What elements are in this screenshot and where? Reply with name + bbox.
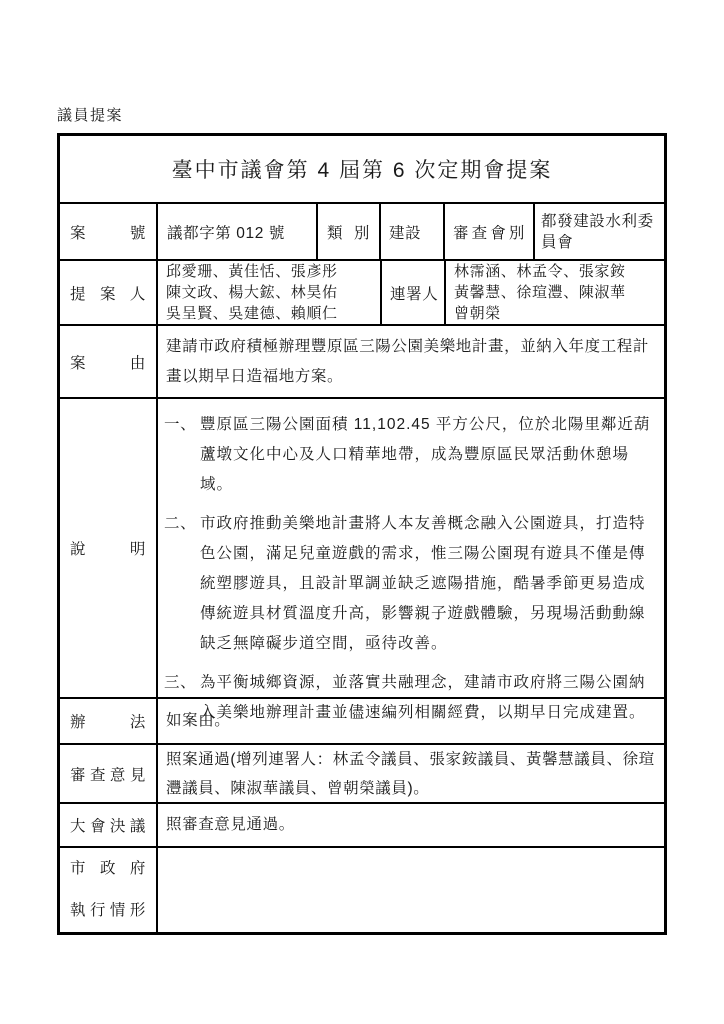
case-number-label: 案號 bbox=[70, 221, 146, 243]
execution-row: 市政府 執行情形 bbox=[60, 846, 664, 932]
document-page: 議員提案 臺中市議會第 4 屆第 6 次定期會提案 案號 議都字第 012 號 … bbox=[0, 0, 724, 1024]
explanation-item-text: 豐原區三陽公園面積 11,102.45 平方公尺，位於北陽里鄰近葫蘆墩文化中心及… bbox=[200, 410, 660, 500]
cosigner-name-line: 曾朝榮 bbox=[454, 303, 626, 324]
cosigner-names: 林霈涵、林孟令、張家銨 黃馨慧、徐瑄灃、陳淑華 曾朝榮 bbox=[444, 261, 664, 324]
title-row: 臺中市議會第 4 屆第 6 次定期會提案 bbox=[60, 136, 664, 202]
doc-type-label: 議員提案 bbox=[57, 104, 123, 125]
case-number-value: 議都字第 012 號 bbox=[156, 204, 316, 259]
review-label: 審查意見 bbox=[70, 763, 146, 785]
proposer-row: 提案人 邱愛珊、黃佳恬、張彥彤 陳文政、楊大鋐、林昊佑 吳呈賢、吳建德、賴順仁 … bbox=[60, 259, 664, 324]
method-text: 如案由。 bbox=[156, 699, 664, 743]
subject-text: 建請市政府積極辦理豐原區三陽公園美樂地計畫，並納入年度工程計畫以期早日造福地方案… bbox=[156, 326, 664, 397]
execution-label-line2: 執行情形 bbox=[70, 890, 146, 932]
explanation-content: 一、 豐原區三陽公園面積 11,102.45 平方公尺，位於北陽里鄰近葫蘆墩文化… bbox=[156, 399, 664, 697]
resolution-text: 照審查意見通過。 bbox=[156, 804, 664, 846]
proposer-names: 邱愛珊、黃佳恬、張彥彤 陳文政、楊大鋐、林昊佑 吳呈賢、吳建德、賴順仁 bbox=[156, 261, 380, 324]
explanation-item: 二、 市政府推動美樂地計畫將人本友善概念融入公園遊具，打造特色公園，滿足兒童遊戲… bbox=[164, 509, 660, 659]
cosigner-name-line: 林霈涵、林孟令、張家銨 bbox=[454, 261, 626, 282]
resolution-label: 大會決議 bbox=[70, 814, 146, 836]
proposal-table: 臺中市議會第 4 屆第 6 次定期會提案 案號 議都字第 012 號 類別 建設… bbox=[57, 133, 667, 935]
proposer-name-lines: 邱愛珊、黃佳恬、張彥彤 陳文政、楊大鋐、林昊佑 吳呈賢、吳建德、賴順仁 bbox=[166, 261, 338, 324]
explanation-label: 說明 bbox=[70, 537, 146, 559]
explanation-item-number: 二、 bbox=[164, 509, 200, 659]
resolution-row: 大會決議 照審查意見通過。 bbox=[60, 802, 664, 846]
review-text: 照案通過(增列連署人：林孟令議員、張家銨議員、黃馨慧議員、徐瑄灃議員、陳淑華議員… bbox=[156, 745, 664, 802]
method-label-cell: 辦法 bbox=[60, 699, 156, 743]
explanation-label-cell: 說明 bbox=[60, 399, 156, 697]
execution-value-cell bbox=[156, 848, 664, 932]
case-number-row: 案號 議都字第 012 號 類別 建設 審查會別 都發建設水利委員會 bbox=[60, 202, 664, 259]
table-title: 臺中市議會第 4 屆第 6 次定期會提案 bbox=[172, 154, 553, 184]
committee-label-cell: 審查會別 bbox=[443, 204, 533, 259]
subject-row: 案由 建請市政府積極辦理豐原區三陽公園美樂地計畫，並納入年度工程計畫以期早日造福… bbox=[60, 324, 664, 397]
explanation-row: 說明 一、 豐原區三陽公園面積 11,102.45 平方公尺，位於北陽里鄰近葫蘆… bbox=[60, 397, 664, 697]
subject-label-cell: 案由 bbox=[60, 326, 156, 397]
execution-label-line1: 市政府 bbox=[70, 848, 146, 890]
proposer-name-line: 吳呈賢、吳建德、賴順仁 bbox=[166, 303, 338, 324]
resolution-label-cell: 大會決議 bbox=[60, 804, 156, 846]
cosigner-label: 連署人 bbox=[380, 261, 444, 324]
subject-label: 案由 bbox=[70, 351, 146, 373]
method-row: 辦法 如案由。 bbox=[60, 697, 664, 743]
category-label: 類別 bbox=[327, 221, 370, 243]
review-row: 審查意見 照案通過(增列連署人：林孟令議員、張家銨議員、黃馨慧議員、徐瑄灃議員、… bbox=[60, 743, 664, 802]
category-value: 建設 bbox=[379, 204, 443, 259]
proposer-label: 提案人 bbox=[70, 282, 146, 304]
proposer-name-line: 陳文政、楊大鋐、林昊佑 bbox=[166, 282, 338, 303]
cosigner-name-line: 黃馨慧、徐瑄灃、陳淑華 bbox=[454, 282, 626, 303]
execution-label-cell: 市政府 執行情形 bbox=[60, 848, 156, 932]
committee-label: 審查會別 bbox=[453, 221, 525, 243]
method-label: 辦法 bbox=[70, 710, 146, 732]
explanation-item: 一、 豐原區三陽公園面積 11,102.45 平方公尺，位於北陽里鄰近葫蘆墩文化… bbox=[164, 410, 660, 500]
cosigner-name-lines: 林霈涵、林孟令、張家銨 黃馨慧、徐瑄灃、陳淑華 曾朝榮 bbox=[454, 261, 626, 324]
execution-label: 市政府 執行情形 bbox=[70, 848, 146, 932]
explanation-item-text: 市政府推動美樂地計畫將人本友善概念融入公園遊具，打造特色公園，滿足兒童遊戲的需求… bbox=[200, 509, 660, 659]
explanation-item-number: 一、 bbox=[164, 410, 200, 500]
case-number-label-cell: 案號 bbox=[60, 204, 156, 259]
committee-value: 都發建設水利委員會 bbox=[533, 204, 664, 259]
proposer-label-cell: 提案人 bbox=[60, 261, 156, 324]
category-label-cell: 類別 bbox=[316, 204, 379, 259]
review-label-cell: 審查意見 bbox=[60, 745, 156, 802]
proposer-name-line: 邱愛珊、黃佳恬、張彥彤 bbox=[166, 261, 338, 282]
